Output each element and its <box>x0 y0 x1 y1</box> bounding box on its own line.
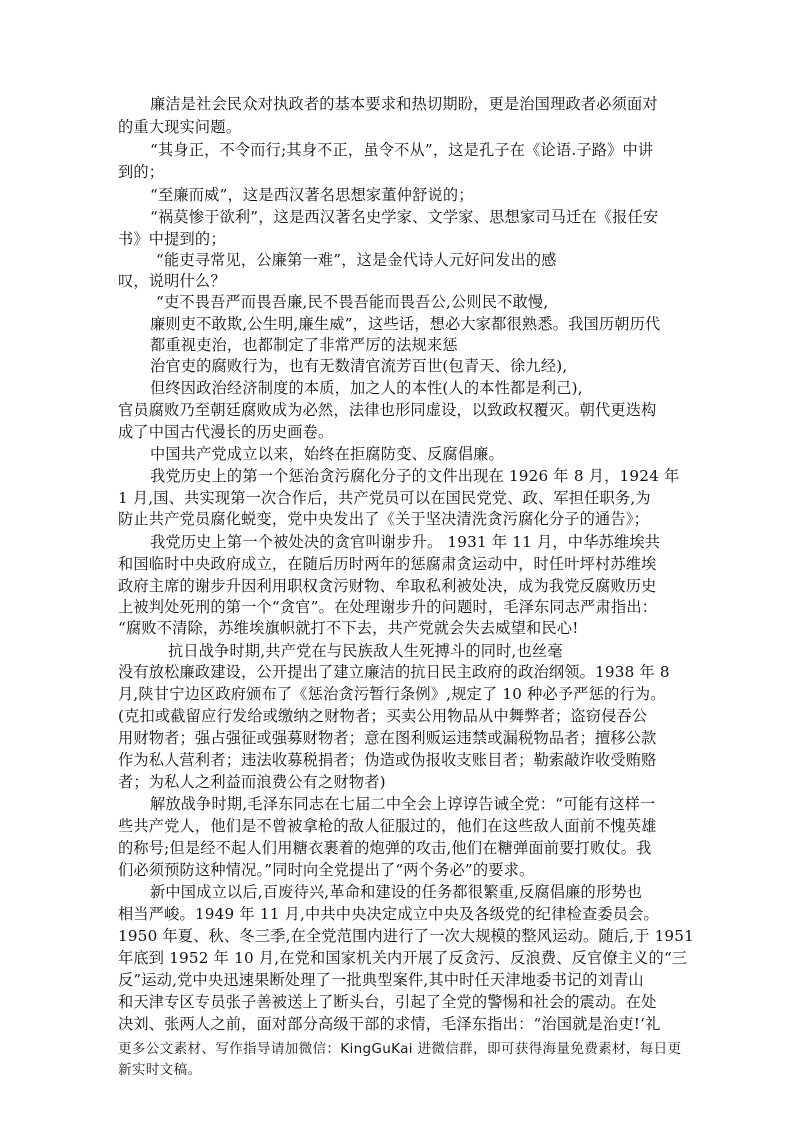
text-line: 们必须预防这种情况。”同时向全党提出了“两个务必”的要求。 <box>118 861 534 879</box>
text-line: 叹，说明什么？ <box>118 272 226 290</box>
text-line: 我党历史上的第一个惩治贪污腐化分子的文件出现在 1926 年 8 月，1924 … <box>150 467 679 485</box>
text-line: “其身正，不令而行;其身不正，虽令不从”，这是孔子在《论语.子路》中讲 <box>150 141 653 159</box>
document-page: 廉洁是社会民众对执政者的基本要求和热切期盼，更是治国理政者必须面对 的重大现实问… <box>0 0 793 1122</box>
text-line: 相当严峻。1949 年 11 月,中共中央决定成立中央及各级党的纪律检查委员会。 <box>118 905 659 923</box>
text-line: 者；为私人之利益而浪费公有之财物者) <box>118 773 386 791</box>
text-line: 和国临时中央政府成立，在随后历时两年的惩腐肃贪运动中，时任叶坪村苏维埃 <box>118 555 657 573</box>
text-line: “吏不畏吾严而畏吾廉,民不畏吾能而畏吾公,公则民不敢慢, <box>156 293 548 311</box>
text-line: 些共产党人，他们是不曾被拿枪的敌人征服过的，他们在这些敌人面前不愧英雄 <box>118 817 657 835</box>
text-line: 用财物者；强占强征或强募财物者；意在图利贩运违禁或漏税物品者；擅移公款 <box>118 729 657 747</box>
text-line: 成了中国古代漫长的历史画卷。 <box>118 423 333 441</box>
text-line: 防止共产党员腐化蜕变，党中央发出了《关于坚决清洗贪污腐化分子的通告》； <box>118 510 649 528</box>
text-line: 月,陕甘宁边区政府颁布了《惩治贪污暂行条例》,规定了 10 种必予严惩的行为。 <box>118 685 666 703</box>
text-line: 官员腐败乃至朝廷腐败成为必然，法律也形同虚设，以致政权覆灭。朝代更迭构 <box>118 401 657 419</box>
text-line: 中国共产党成立以来，始终在拒腐防变、反腐倡廉。 <box>150 445 504 463</box>
text-line: 但终因政治经济制度的本质，加之人的本性(人的本性都是利己), <box>150 379 583 397</box>
text-line: 和天津专区专员张子善被送上了断头台，引起了全党的警惕和社会的震动。在处 <box>118 993 657 1011</box>
text-line: 年底到 1952 年 10 月,在党和国家机关内开展了反贪污、反浪费、反官僚主义… <box>118 949 687 967</box>
text-line: 政府主席的谢步升因利用职权贪污财物、牟取私利被处决，成为我党反腐败历史 <box>118 577 657 595</box>
text-line: 反”运动,党中央迅速果断处理了一批典型案件,其中时任天津地委书记的刘青山 <box>118 971 644 989</box>
text-line: 我党历史上第一个被处决的贪官叫谢步升。 1931 年 11 月，中华苏维埃共 <box>150 533 660 551</box>
text-line: “腐败不清除，苏维埃旗帜就打不下去，共产党就会失去威望和民心! <box>118 619 579 637</box>
text-line: 作为私人营利者；违法收募税捐者；伪造或伪报收支账目者；勒索敲诈收受贿赂 <box>118 751 657 769</box>
text-line: 书》中提到的； <box>118 230 226 248</box>
text-line: 新中国成立以后,百废待兴,革命和建设的任务都很繁重,反腐倡廉的形势也 <box>150 883 642 901</box>
text-line: 到的； <box>118 163 164 181</box>
footer-promo-line: 更多公文素材、写作指导请加微信：KingGuKai 进微信群，即可获得海量免费素… <box>118 1040 681 1058</box>
text-line: 廉洁是社会民众对执政者的基本要求和热切期盼，更是治国理政者必须面对 <box>150 95 658 113</box>
text-line: 治官吏的腐败行为，也有无数清官流芳百世(包青天、徐九经), <box>150 357 567 375</box>
text-line: 廉则吏不敢欺,公生明,廉生威”，这些话，想必大家都很熟悉。我国历朝历代 <box>150 315 660 333</box>
text-line: 上被判处死刑的第一个“贪官”。在处理谢步升的问题时，毛泽东同志严肃指出： <box>118 598 657 616</box>
text-line: 的称号;但是经不起人们用糖衣裹着的炮弹的攻击,他们在糖弹面前要打败仗。我 <box>118 839 652 857</box>
text-line: 1950 年夏、秋、冬三季,在全党范围内进行了一次大规模的整风运动。随后,于 1… <box>118 927 694 945</box>
text-line: “至廉而威”，这是西汉著名思想家董仲舒说的； <box>150 186 474 204</box>
text-line: 抗日战争时期,共产党在与民族敌人生死搏斗的同时,也丝毫 <box>168 642 563 660</box>
footer-promo-line: 新实时文稿。 <box>118 1061 201 1079</box>
text-line: 没有放松廉政建设，公开提出了建立廉洁的抗日民主政府的政治纲领。1938 年 8 <box>118 663 670 681</box>
text-line: 决刘、张两人之前，面对部分高级干部的求情，毛泽东指出：“治国就是治吏!‘礼 <box>118 1015 660 1033</box>
text-line: 1 月,国、共实现第一次合作后，共产党员可以在国民党党、政、军担任职务,为 <box>118 489 651 507</box>
text-line: “能吏寻常见，公廉第一难”，这是金代诗人元好问发出的感 <box>156 251 557 269</box>
text-line: 的重大现实问题。 <box>118 118 241 136</box>
text-line: 解放战争时期,毛泽东同志在七届二中全会上谆谆告诫全党：“可能有这样一 <box>150 795 655 813</box>
text-line: (克扣或截留应行发给或缴纳之财物者；买卖公用物品从中舞弊者；盗窃侵吞公 <box>118 707 647 725</box>
text-line: “祸莫惨于欲利”，这是西汉著名史学家、文学家、思想家司马迁在《报任安 <box>150 208 658 226</box>
text-line: 都重视吏治，也都制定了非常严厉的法规来惩 <box>150 336 458 354</box>
